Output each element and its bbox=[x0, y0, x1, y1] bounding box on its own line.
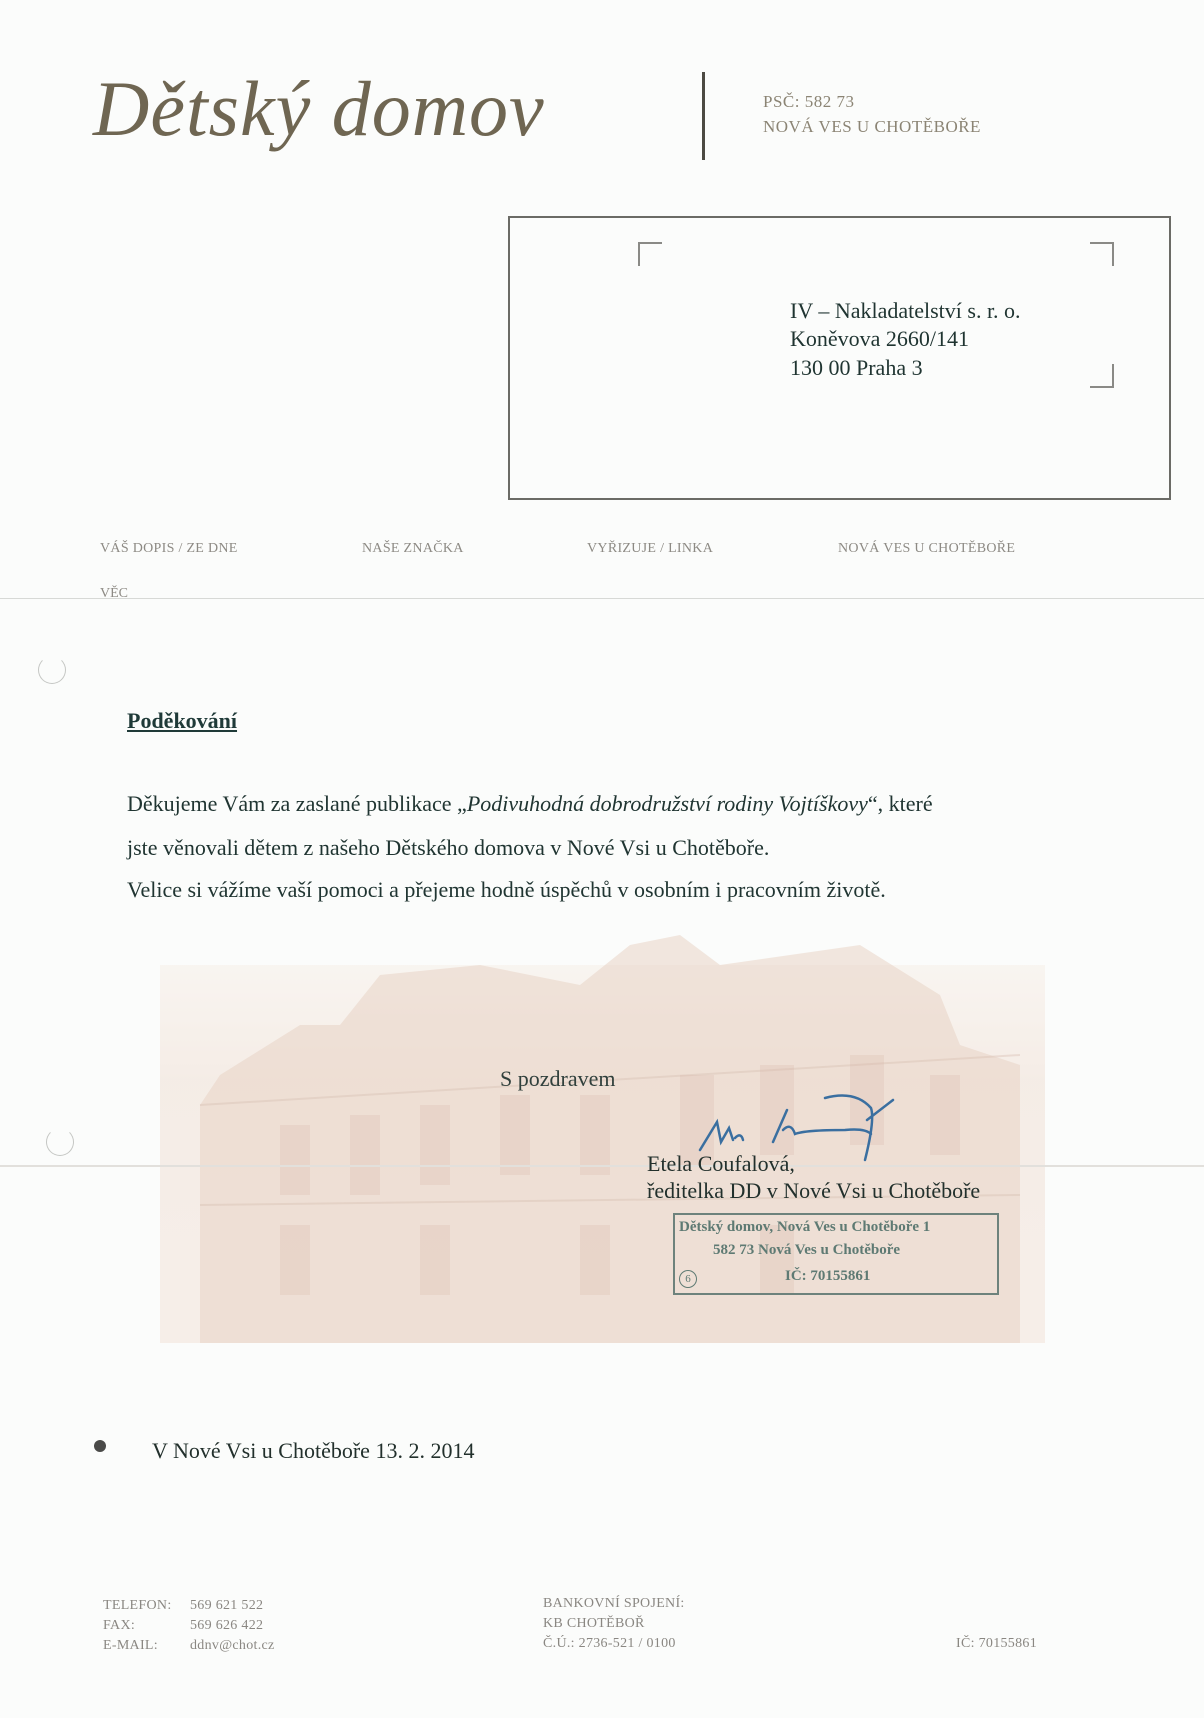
stamp-line-1: Dětský domov, Nová Ves u Chotěboře 1 bbox=[679, 1219, 930, 1236]
footer-bank-account: Č.Ú.: 2736-521 / 0100 bbox=[543, 1636, 676, 1652]
ref-your-letter-label: VÁŠ DOPIS / ZE DNE bbox=[100, 541, 238, 557]
official-stamp: Dětský domov, Nová Ves u Chotěboře 1 582… bbox=[673, 1213, 999, 1295]
letterhead-postal-code: PSČ: 582 73 bbox=[763, 92, 854, 112]
letterhead-divider bbox=[702, 72, 705, 160]
footer-bank-label: BANKOVNÍ SPOJENÍ: bbox=[543, 1596, 685, 1612]
footer-fax-label: FAX: bbox=[103, 1618, 135, 1634]
letter-subject: Poděkování bbox=[127, 708, 237, 734]
recipient-name: IV – Nakladatelství s. r. o. bbox=[790, 298, 1021, 324]
paper-fold-line bbox=[0, 1165, 1204, 1167]
signer-role: ředitelka DD v Nové Vsi u Chotěboře bbox=[647, 1178, 980, 1204]
header-rule bbox=[0, 598, 1204, 599]
letterhead-title: Dětský domov bbox=[93, 70, 545, 148]
ref-our-ref-label: NAŠE ZNAČKA bbox=[362, 541, 464, 557]
ref-handled-by-label: VYŘIZUJE / LINKA bbox=[587, 541, 713, 557]
stamp-number-mark: 6 bbox=[679, 1270, 697, 1288]
footer-company-id: IČ: 70155861 bbox=[956, 1636, 1037, 1652]
recipient-street: Koněvova 2660/141 bbox=[790, 326, 969, 352]
stamp-line-3: IČ: 70155861 bbox=[785, 1268, 870, 1285]
footer-phone-value: 569 621 522 bbox=[190, 1598, 263, 1614]
footer-email-label: E-MAIL: bbox=[103, 1638, 158, 1654]
punch-hole bbox=[38, 656, 66, 684]
body-line-2: jste věnovali dětem z našeho Dětského do… bbox=[127, 835, 769, 861]
recipient-city: 130 00 Praha 3 bbox=[790, 355, 923, 381]
body-line-1-prefix: Děkujeme Vám za zaslané publikace „ bbox=[127, 791, 467, 816]
address-corner-mark bbox=[638, 242, 662, 266]
date-line: V Nové Vsi u Chotěboře 13. 2. 2014 bbox=[152, 1438, 474, 1464]
closing-greeting: S pozdravem bbox=[500, 1066, 615, 1092]
publication-title: Podivuhodná dobrodružství rodiny Vojtíšk… bbox=[467, 791, 868, 816]
body-line-1-suffix: “, které bbox=[868, 791, 933, 816]
bullet-dot-icon bbox=[94, 1440, 106, 1452]
ref-place-label: NOVÁ VES U CHOTĚBOŘE bbox=[838, 541, 1015, 557]
footer-email-value: ddnv@chot.cz bbox=[190, 1638, 275, 1654]
subject-label: VĚC bbox=[100, 586, 128, 602]
footer-fax-value: 569 626 422 bbox=[190, 1618, 263, 1634]
footer-phone-label: TELEFON: bbox=[103, 1598, 172, 1614]
body-line-3: Velice si vážíme vaší pomoci a přejeme h… bbox=[127, 877, 886, 903]
footer-bank-name: KB CHOTĚBOŘ bbox=[543, 1616, 645, 1632]
address-corner-mark bbox=[1090, 364, 1114, 388]
signer-name: Etela Coufalová, bbox=[647, 1151, 795, 1177]
body-line-1: Děkujeme Vám za zaslané publikace „Podiv… bbox=[127, 791, 933, 817]
address-corner-mark bbox=[1090, 242, 1114, 266]
letterhead-town: NOVÁ VES U CHOTĚBOŘE bbox=[763, 117, 981, 137]
stamp-line-2: 582 73 Nová Ves u Chotěboře bbox=[713, 1242, 900, 1259]
punch-hole bbox=[46, 1128, 74, 1156]
